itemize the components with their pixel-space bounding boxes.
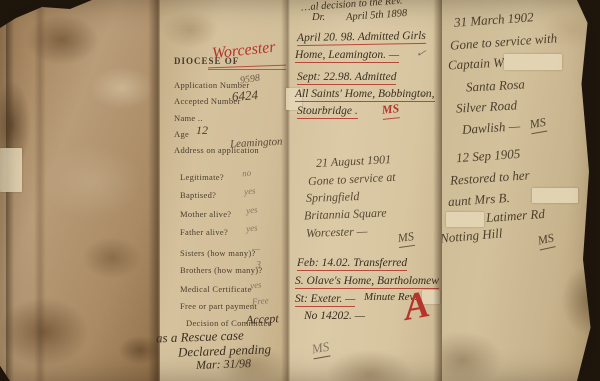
field-value-age: 12	[196, 123, 208, 138]
entry-1-line-1: 31 March 1902	[454, 9, 535, 31]
cover-crease	[34, 0, 46, 381]
answer-medical-certificate: yes	[250, 279, 262, 290]
question-free-or-part-payment: Free or part payment	[180, 301, 257, 311]
header-line-2: Dr.	[312, 12, 325, 23]
entry-c-line-2: Gone to service at	[308, 170, 396, 190]
question-legitimate: Legitimate?	[180, 172, 224, 182]
field-label-age: Age	[174, 129, 189, 139]
paper-patch	[532, 188, 578, 203]
entry-1-line-4: Santa Rosa	[466, 76, 526, 95]
entry-c-line-1: 21 August 1901	[316, 152, 392, 171]
paper-patch	[446, 212, 484, 227]
scanned-register-document: DIOCESE OF Worcester Application Number …	[0, 0, 600, 381]
entry-1-line-5: Silver Road	[456, 97, 518, 116]
entry-2-line-1: 12 Sep 1905	[456, 146, 521, 166]
entry-b-line-1: Sept: 22.98. Admitted	[297, 71, 396, 85]
answer-free-or-part-payment: Free	[252, 295, 269, 306]
answer-brothers: 3	[256, 260, 261, 271]
question-father-alive: Father alive?	[180, 227, 228, 237]
question-brothers: Brothers (how many)?	[180, 265, 262, 275]
decision-note-1: as a Rescue case	[156, 327, 244, 346]
field-value-application-number: 9598	[239, 73, 260, 87]
entry-b-line-3: Stourbridge .	[297, 105, 358, 119]
paper-patch	[504, 54, 562, 70]
field-value-accepted-number: 6424	[231, 87, 258, 105]
entry-c-line-3: Springfield	[306, 189, 360, 206]
entry-1-line-3: Captain W	[448, 55, 505, 74]
question-medical-certificate: Medical Certificate	[180, 284, 252, 294]
footer-initials: MS	[311, 339, 331, 360]
middle-notes-page: …al decision to the Rev. Dr. April 5th 1…	[290, 0, 442, 381]
entry-2-line-5: Notting Hill	[439, 225, 503, 246]
aged-cover-panel	[0, 0, 163, 381]
entry-d-line-4: No 14202. —	[304, 310, 365, 322]
diocese-value: Worcester	[211, 39, 276, 64]
entry-c-line-4: Britannia Square	[304, 206, 387, 224]
printed-form-page: DIOCESE OF Worcester Application Number …	[160, 0, 290, 381]
check-mark: ✓	[415, 45, 428, 62]
question-mother-alive: Mother alive?	[180, 209, 231, 219]
entry-1-line-2: Gone to service with	[450, 30, 558, 53]
answer-baptised: yes	[244, 185, 256, 196]
answer-mother-alive: yes	[246, 204, 258, 215]
entry-b-line-2: All Saints' Home, Bobbington,	[295, 88, 435, 102]
answer-father-alive: yes	[246, 222, 258, 233]
decision-value: Accept	[246, 311, 279, 328]
field-value-address: Leamington	[230, 136, 283, 151]
header-date: April 5th 1898	[346, 8, 408, 23]
right-notes-page: 31 March 1902 Gone to service with Capta…	[442, 0, 592, 381]
question-sisters: Sisters (how many)?	[180, 248, 256, 258]
field-label-accepted-number: Accepted Number	[174, 96, 241, 106]
decision-note-3: Mar: 31/98	[196, 356, 251, 373]
entry-1-line-6: Dawlish —	[462, 118, 521, 138]
entry-c-line-5: Worcester —	[306, 224, 368, 241]
answer-sisters: —	[252, 244, 260, 254]
entry-b-initials: MS	[381, 101, 400, 120]
field-label-name: Name ..	[174, 113, 203, 123]
entry-d-line-3: St: Exeter. —	[295, 293, 355, 307]
entry-a-line-1: April 20. 98. Admitted Girls	[297, 30, 426, 46]
entry-c-initials: MS	[397, 229, 415, 248]
entry-1-initials: MS	[529, 115, 548, 135]
entry-2-line-2: Restored to her	[450, 167, 531, 189]
question-baptised: Baptised?	[180, 190, 216, 200]
entry-2-initials: MS	[536, 231, 555, 251]
entry-2-line-3: aunt Mrs B.	[448, 190, 511, 210]
entry-2-line-4: Latimer Rd	[486, 206, 546, 226]
entry-a-line-2: Home, Leamington. —	[295, 49, 399, 63]
printed-rule	[208, 69, 286, 70]
paper-patch	[0, 148, 22, 192]
answer-legitimate: no	[242, 168, 252, 179]
entry-d-line-1: Feb: 14.02. Transferred	[297, 257, 407, 271]
